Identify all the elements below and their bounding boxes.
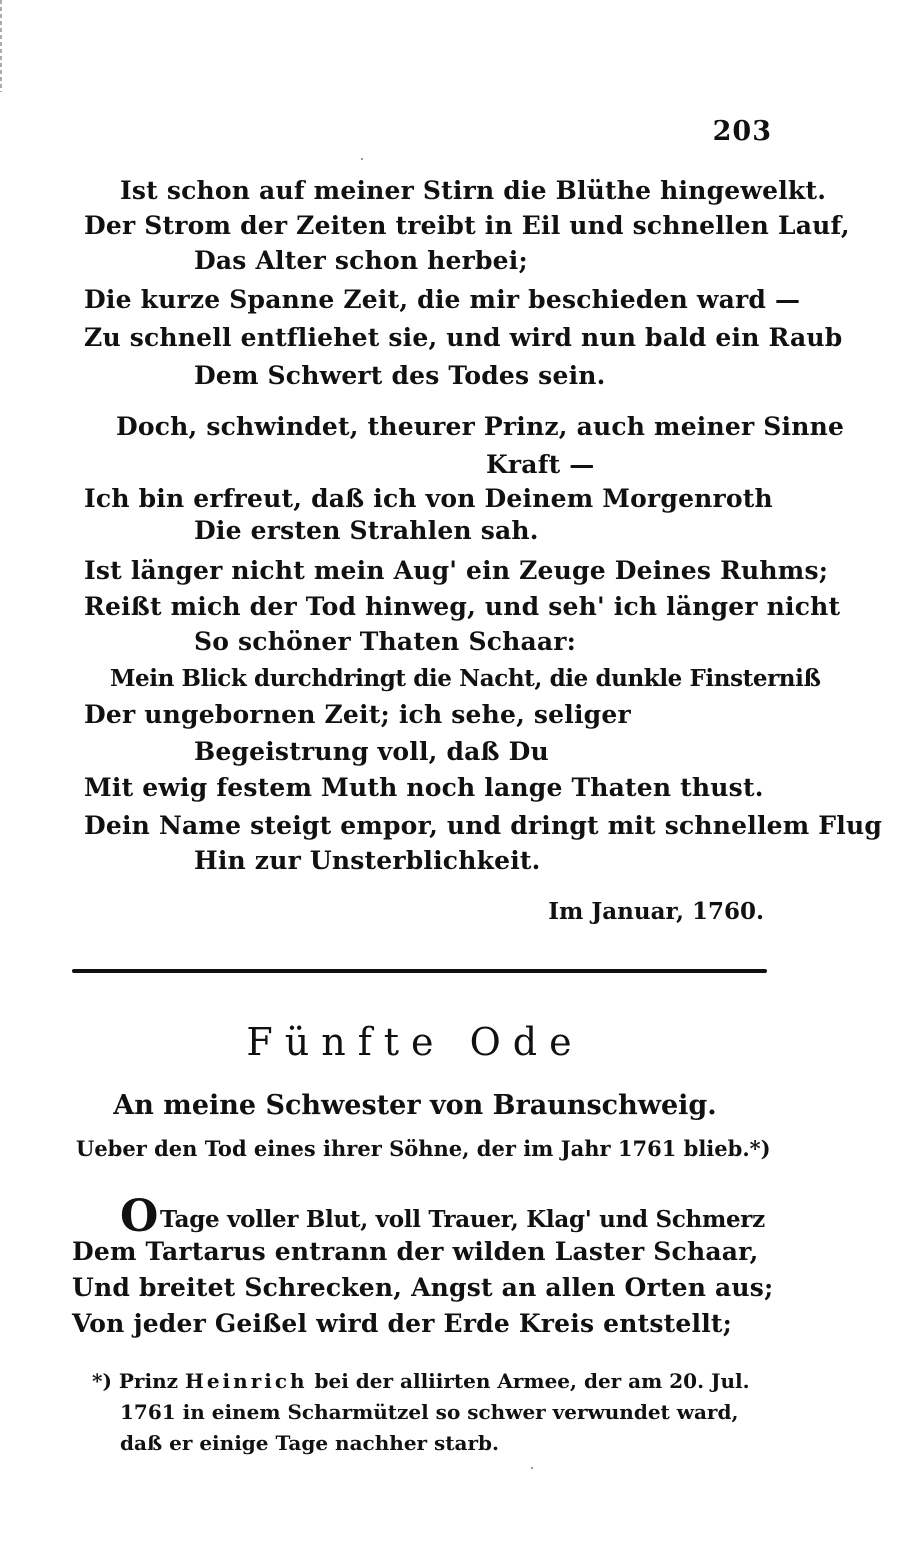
poem-line: Dem Schwert des Todes sein. (194, 361, 606, 391)
ode-line: Dem Tartarus entrann der wilden Laster S… (72, 1237, 759, 1267)
ode-first-line: OTage voller Blut, voll Trauer, Klag' un… (120, 1202, 765, 1235)
poem-line: Zu schnell entfliehet sie, und wird nun … (84, 323, 842, 353)
footnote-line: *) Prinz Heinrich bei der alliirten Arme… (92, 1366, 750, 1396)
print-speck (361, 158, 363, 160)
poem-line: Begeistrung voll, daß Du (194, 737, 549, 767)
ode-line: Und breitet Schrecken, Angst an allen Or… (72, 1273, 773, 1303)
ode-note: Ueber den Tod eines ihrer Söhne, der im … (76, 1136, 771, 1161)
poem-line: Reißt mich der Tod hinweg, und seh' ich … (84, 592, 840, 622)
poem-line: Doch, schwindet, theurer Prinz, auch mei… (116, 412, 844, 442)
section-divider (72, 969, 767, 973)
footnote-line: daß er einige Tage nachher starb. (120, 1428, 499, 1458)
ode-line: Tage voller Blut, voll Trauer, Klag' und… (160, 1206, 765, 1233)
poem-line: Der ungebornen Zeit; ich sehe, seliger (84, 700, 631, 730)
ode-line: Von jeder Geißel wird der Erde Kreis ent… (72, 1309, 732, 1339)
ode-title: Fünfte Ode (0, 1020, 830, 1064)
scan-edge-mark (0, 0, 2, 92)
poem-line: Das Alter schon herbei; (194, 246, 528, 276)
footnote-text: Prinz (119, 1369, 178, 1393)
ode-subtitle: An meine Schwester von Braunschweig. (0, 1090, 830, 1121)
footnote-text: bei der alliirten Armee, der am 20. Jul. (315, 1369, 750, 1393)
poem-line: Kraft — (486, 450, 595, 480)
footnote-marker: *) (92, 1369, 112, 1393)
dateline: Im Januar, 1760. (548, 898, 764, 925)
poem-line: Ist schon auf meiner Stirn die Blüthe hi… (120, 176, 826, 206)
poem-line: Ist länger nicht mein Aug' ein Zeuge Dei… (84, 556, 828, 586)
poem-line: Mein Blick durchdringt die Nacht, die du… (110, 664, 821, 694)
poem-line: Dein Name steigt empor, und dringt mit s… (84, 811, 882, 841)
dropcap: O (120, 1191, 158, 1242)
footnote-name-spaced: Heinrich (185, 1369, 308, 1393)
print-speck (531, 1467, 533, 1469)
page-number: 203 (713, 116, 772, 147)
poem-line: Hin zur Unsterblichkeit. (194, 846, 541, 876)
poem-line: Die kurze Spanne Zeit, die mir beschiede… (84, 285, 800, 315)
poem-line: Die ersten Strahlen sah. (194, 516, 539, 546)
poem-line: So schöner Thaten Schaar: (194, 627, 576, 657)
poem-line: Der Strom der Zeiten treibt in Eil und s… (84, 211, 850, 241)
poem-line: Ich bin erfreut, daß ich von Deinem Morg… (84, 484, 773, 514)
poem-line: Mit ewig festem Muth noch lange Thaten t… (84, 773, 764, 803)
footnote-line: 1761 in einem Scharmützel so schwer verw… (120, 1397, 738, 1427)
